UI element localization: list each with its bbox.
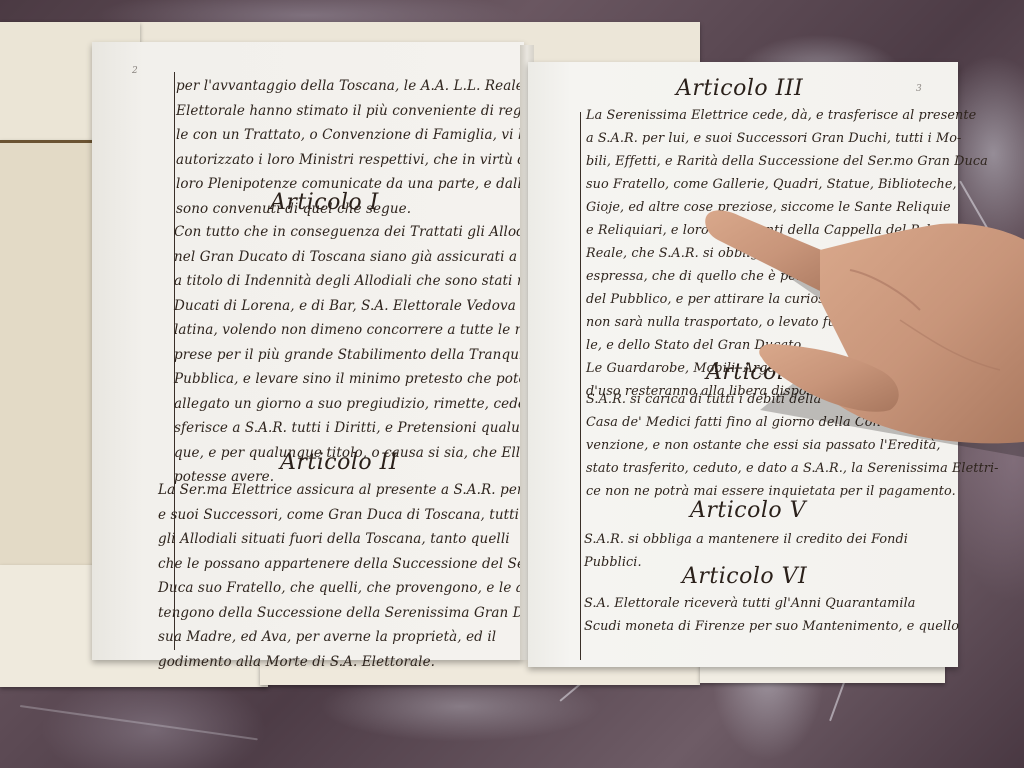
article-heading: Articolo VI [682, 564, 807, 589]
page-number: 2 [132, 66, 138, 76]
article-heading: Articolo I [270, 190, 379, 215]
article-heading: Articolo III [676, 76, 803, 101]
article-heading: Articolo V [690, 498, 806, 523]
page-number: 3 [916, 84, 922, 94]
manuscript-page-left: 2 per l'avvantaggio della Toscana, le A.… [92, 42, 524, 660]
pointing-hand [700, 210, 1024, 460]
article-body: S.A. Elettorale riceverà tutti gl'Anni Q… [584, 592, 959, 638]
hand-back [820, 223, 1024, 443]
margin-rule [580, 112, 581, 660]
article-heading: Articolo II [280, 450, 398, 475]
